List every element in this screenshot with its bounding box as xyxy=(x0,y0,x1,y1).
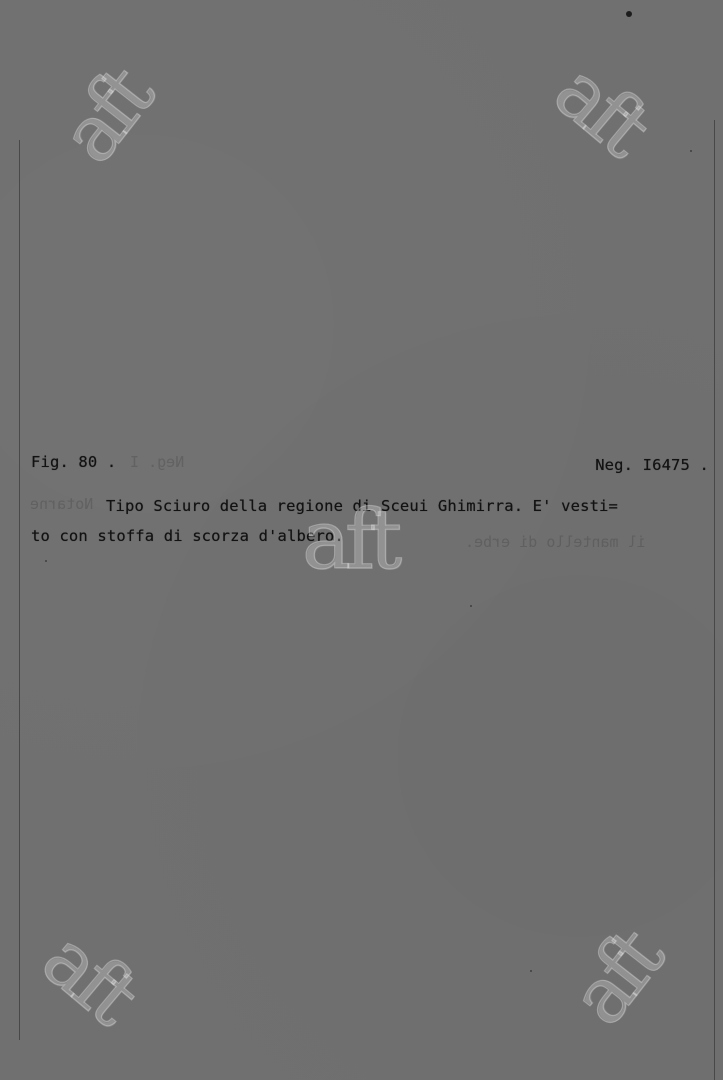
bleed-through-text: Notarne xyxy=(30,495,93,513)
dust-speck xyxy=(690,150,692,152)
negative-number-label: Neg. I6475 . xyxy=(595,456,709,474)
dust-speck xyxy=(470,605,472,607)
watermark-logo-top-left: aft xyxy=(48,58,164,176)
watermark-logo-center: aft xyxy=(302,500,396,582)
dust-speck xyxy=(45,560,47,562)
figure-label: Fig. 80 . xyxy=(31,453,116,471)
bleed-through-text: Neg. I xyxy=(130,453,184,471)
watermark-logo-top-right: aft xyxy=(541,51,659,168)
right-page-edge-line xyxy=(714,120,715,1080)
watermark-logo-bottom-right: aft xyxy=(558,920,674,1038)
dust-speck xyxy=(530,970,532,972)
ink-speck xyxy=(626,11,632,17)
scanned-document-page: Notarne il mantello di erbe. Neg. I Fig.… xyxy=(0,0,723,1080)
left-page-edge-line xyxy=(19,140,20,1040)
watermark-logo-bottom-left: aft xyxy=(29,919,147,1036)
caption-line-2: to con stoffa di scorza d'albero. xyxy=(31,527,344,545)
bleed-through-text: il mantello di erbe. xyxy=(465,533,646,551)
